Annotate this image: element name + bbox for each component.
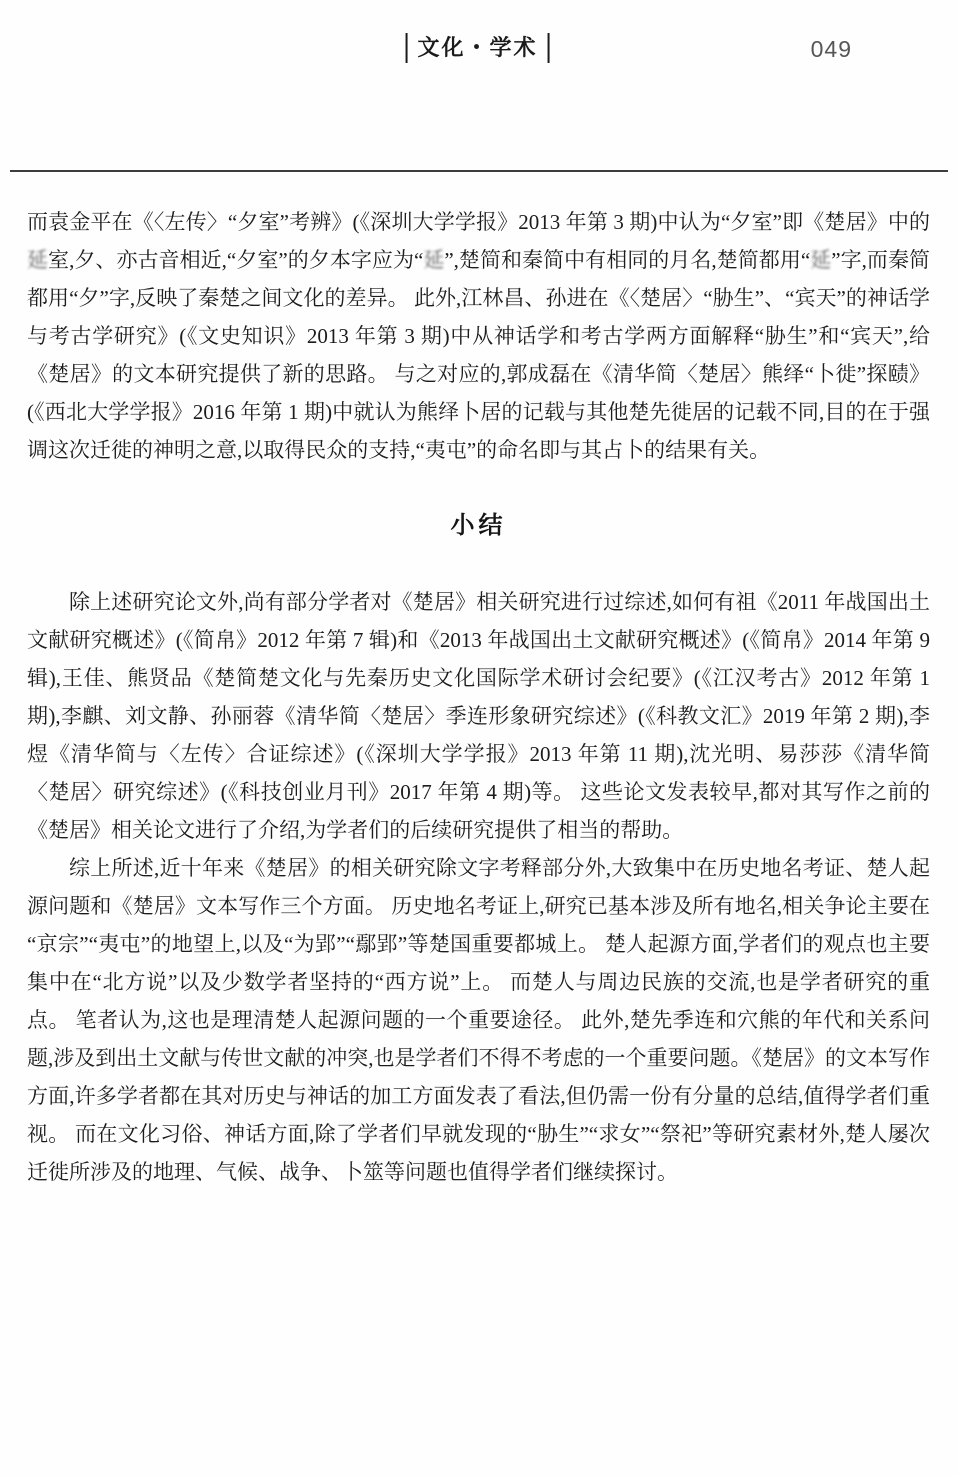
rare-character-glyph: 延 [423, 241, 444, 279]
rare-character-glyph: 延 [27, 241, 48, 279]
rare-character-glyph: 延 [810, 241, 831, 279]
running-head: 文化・学术 049 [0, 33, 958, 63]
page-number: 049 [811, 36, 852, 62]
section-heading-summary: 小结 [27, 511, 930, 541]
document-page: 文化・学术 049 而袁金平在《〈左传〉“夕室”考辨》(《深圳大学学报》2013… [0, 0, 958, 1476]
section-title: 文化・学术 [406, 33, 550, 63]
body-text-segment: 而袁金平在《〈左传〉“夕室”考辨》(《深圳大学学报》2013 年第 3 期)中认… [27, 210, 930, 234]
paragraph-continuation: 而袁金平在《〈左传〉“夕室”考辨》(《深圳大学学报》2013 年第 3 期)中认… [27, 203, 930, 469]
body-text-segment: 室,夕、亦古音相近,“夕室”的夕本字应为“ [48, 248, 423, 272]
paragraph-conclusion: 综上所述,近十年来《楚居》的相关研究除文字考释部分外,大致集中在历史地名考证、楚… [27, 849, 930, 1191]
paragraph-review-overview: 除上述研究论文外,尚有部分学者对《楚居》相关研究进行过综述,如何有祖《2011 … [27, 583, 930, 849]
body-text-block: 而袁金平在《〈左传〉“夕室”考辨》(《深圳大学学报》2013 年第 3 期)中认… [27, 203, 930, 1191]
body-text-segment: ”字,而秦简都用“夕”字,反映了秦楚之间文化的差异。 此外,江林昌、孙进在《〈楚… [27, 248, 930, 462]
body-text-segment: ”,楚简和秦简中有相同的月名,楚简都用“ [444, 248, 810, 272]
header-divider-rule [10, 170, 948, 172]
